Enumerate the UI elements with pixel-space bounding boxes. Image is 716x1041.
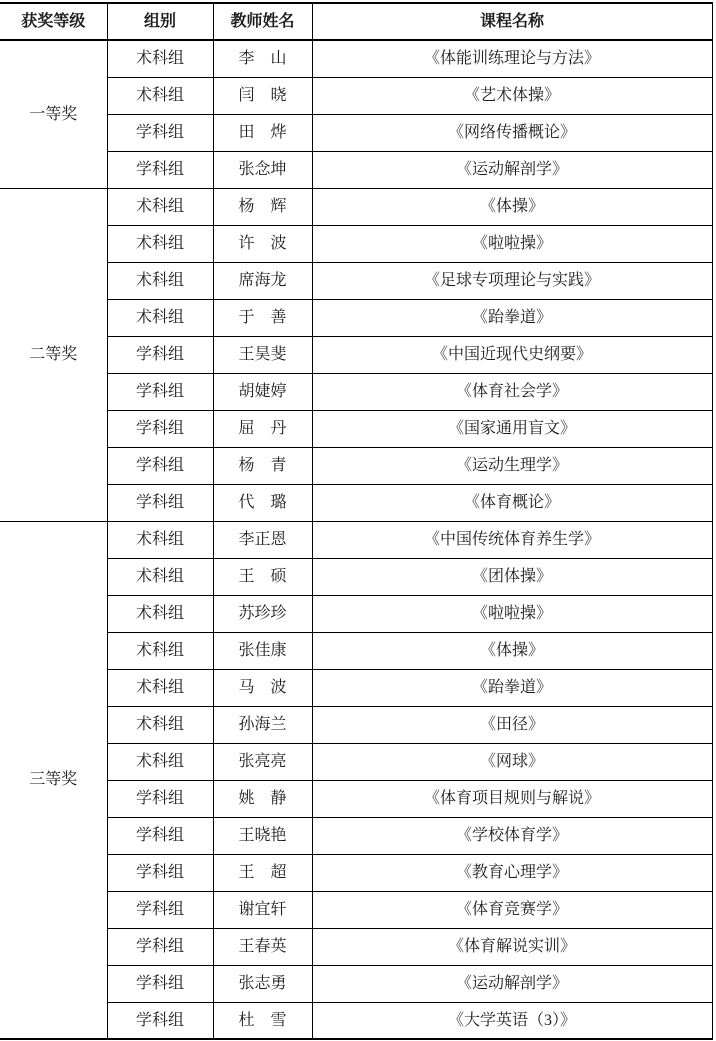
course-name-cell: 《体育项目规则与解说》 [312,780,712,817]
group-cell: 术科组 [107,188,213,225]
teacher-name-cell: 李正恩 [213,521,312,558]
group-cell: 学科组 [107,410,213,447]
group-cell: 学科组 [107,373,213,410]
table-row: 术科组张亮亮《网球》 [0,743,712,780]
award-level-cell: 一等奖 [0,40,107,188]
course-name-cell: 《中国传统体育养生学》 [312,521,712,558]
course-name-cell: 《体育竞赛学》 [312,891,712,928]
course-name-cell: 《跆拳道》 [312,299,712,336]
teacher-name-cell: 姚 静 [213,780,312,817]
group-cell: 术科组 [107,40,213,77]
group-cell: 术科组 [107,595,213,632]
table-row: 学科组王昊斐《中国近现代史纲要》 [0,336,712,373]
teacher-name-cell: 闫 晓 [213,77,312,114]
header-course-name: 课程名称 [312,3,712,40]
course-name-cell: 《体育概论》 [312,484,712,521]
table-row: 学科组姚 静《体育项目规则与解说》 [0,780,712,817]
table-row: 学科组屈 丹《国家通用盲文》 [0,410,712,447]
course-name-cell: 《体育解说实训》 [312,928,712,965]
teacher-name-cell: 张佳康 [213,632,312,669]
teacher-name-cell: 杨 辉 [213,188,312,225]
group-cell: 术科组 [107,299,213,336]
course-name-cell: 《跆拳道》 [312,669,712,706]
course-name-cell: 《网络传播概论》 [312,114,712,151]
group-cell: 学科组 [107,484,213,521]
group-cell: 术科组 [107,706,213,743]
course-name-cell: 《艺术体操》 [312,77,712,114]
award-level-cell: 二等奖 [0,188,107,521]
course-name-cell: 《足球专项理论与实践》 [312,262,712,299]
table-row: 术科组王 硕《团体操》 [0,558,712,595]
teacher-name-cell: 于 善 [213,299,312,336]
table-row: 学科组杨 青《运动生理学》 [0,447,712,484]
teacher-name-cell: 杨 青 [213,447,312,484]
teacher-name-cell: 李 山 [213,40,312,77]
course-name-cell: 《体操》 [312,188,712,225]
award-level-cell: 三等奖 [0,521,107,1039]
table-row: 术科组马 波《跆拳道》 [0,669,712,706]
teacher-name-cell: 马 波 [213,669,312,706]
header-award-level: 获奖等级 [0,3,107,40]
teacher-name-cell: 谢宜轩 [213,891,312,928]
group-cell: 学科组 [107,817,213,854]
table-row: 学科组王春英《体育解说实训》 [0,928,712,965]
group-cell: 学科组 [107,965,213,1002]
table-row: 学科组胡婕婷《体育社会学》 [0,373,712,410]
group-cell: 学科组 [107,151,213,188]
table-row: 学科组代 璐《体育概论》 [0,484,712,521]
table-row: 三等奖术科组李正恩《中国传统体育养生学》 [0,521,712,558]
group-cell: 术科组 [107,521,213,558]
group-cell: 学科组 [107,891,213,928]
teacher-name-cell: 张念坤 [213,151,312,188]
table-row: 术科组席海龙《足球专项理论与实践》 [0,262,712,299]
teacher-name-cell: 杜 雪 [213,1002,312,1039]
table-row: 学科组王 超《教育心理学》 [0,854,712,891]
group-cell: 学科组 [107,114,213,151]
teacher-name-cell: 许 波 [213,225,312,262]
teacher-name-cell: 屈 丹 [213,410,312,447]
table-row: 学科组张念坤《运动解剖学》 [0,151,712,188]
course-name-cell: 《网球》 [312,743,712,780]
teacher-name-cell: 席海龙 [213,262,312,299]
teacher-name-cell: 张志勇 [213,965,312,1002]
group-cell: 学科组 [107,1002,213,1039]
teacher-name-cell: 王晓艳 [213,817,312,854]
group-cell: 术科组 [107,225,213,262]
table-row: 术科组张佳康《体操》 [0,632,712,669]
course-name-cell: 《中国近现代史纲要》 [312,336,712,373]
course-name-cell: 《教育心理学》 [312,854,712,891]
course-name-cell: 《大学英语（3）》 [312,1002,712,1039]
group-cell: 学科组 [107,928,213,965]
course-name-cell: 《体操》 [312,632,712,669]
teacher-name-cell: 胡婕婷 [213,373,312,410]
group-cell: 术科组 [107,743,213,780]
table-row: 学科组杜 雪《大学英语（3）》 [0,1002,712,1039]
teacher-name-cell: 王 硕 [213,558,312,595]
table-row: 术科组苏珍珍《啦啦操》 [0,595,712,632]
teacher-name-cell: 张亮亮 [213,743,312,780]
table-header: 获奖等级 组别 教师姓名 课程名称 [0,3,712,40]
teacher-name-cell: 田 烨 [213,114,312,151]
group-cell: 术科组 [107,669,213,706]
header-teacher-name: 教师姓名 [213,3,312,40]
group-cell: 术科组 [107,632,213,669]
table-row: 术科组孙海兰《田径》 [0,706,712,743]
award-results-table: 获奖等级 组别 教师姓名 课程名称 一等奖术科组李 山《体能训练理论与方法》术科… [0,2,713,1040]
course-name-cell: 《运动解剖学》 [312,965,712,1002]
table-row: 学科组田 烨《网络传播概论》 [0,114,712,151]
table-row: 学科组王晓艳《学校体育学》 [0,817,712,854]
header-row: 获奖等级 组别 教师姓名 课程名称 [0,3,712,40]
course-name-cell: 《田径》 [312,706,712,743]
teacher-name-cell: 王 超 [213,854,312,891]
group-cell: 术科组 [107,262,213,299]
course-name-cell: 《运动解剖学》 [312,151,712,188]
teacher-name-cell: 苏珍珍 [213,595,312,632]
teacher-name-cell: 王春英 [213,928,312,965]
group-cell: 学科组 [107,447,213,484]
course-name-cell: 《运动生理学》 [312,447,712,484]
group-cell: 术科组 [107,77,213,114]
table-row: 学科组张志勇《运动解剖学》 [0,965,712,1002]
table-body: 一等奖术科组李 山《体能训练理论与方法》术科组闫 晓《艺术体操》学科组田 烨《网… [0,40,712,1039]
course-name-cell: 《团体操》 [312,558,712,595]
table-row: 一等奖术科组李 山《体能训练理论与方法》 [0,40,712,77]
course-name-cell: 《体能训练理论与方法》 [312,40,712,77]
teacher-name-cell: 代 璐 [213,484,312,521]
teacher-name-cell: 孙海兰 [213,706,312,743]
table-row: 术科组许 波《啦啦操》 [0,225,712,262]
table-row: 术科组于 善《跆拳道》 [0,299,712,336]
group-cell: 术科组 [107,558,213,595]
header-group: 组别 [107,3,213,40]
group-cell: 学科组 [107,780,213,817]
course-name-cell: 《国家通用盲文》 [312,410,712,447]
group-cell: 学科组 [107,336,213,373]
table-row: 二等奖术科组杨 辉《体操》 [0,188,712,225]
course-name-cell: 《啦啦操》 [312,225,712,262]
table-row: 术科组闫 晓《艺术体操》 [0,77,712,114]
group-cell: 学科组 [107,854,213,891]
course-name-cell: 《体育社会学》 [312,373,712,410]
teacher-name-cell: 王昊斐 [213,336,312,373]
course-name-cell: 《学校体育学》 [312,817,712,854]
course-name-cell: 《啦啦操》 [312,595,712,632]
table-row: 学科组谢宜轩《体育竞赛学》 [0,891,712,928]
